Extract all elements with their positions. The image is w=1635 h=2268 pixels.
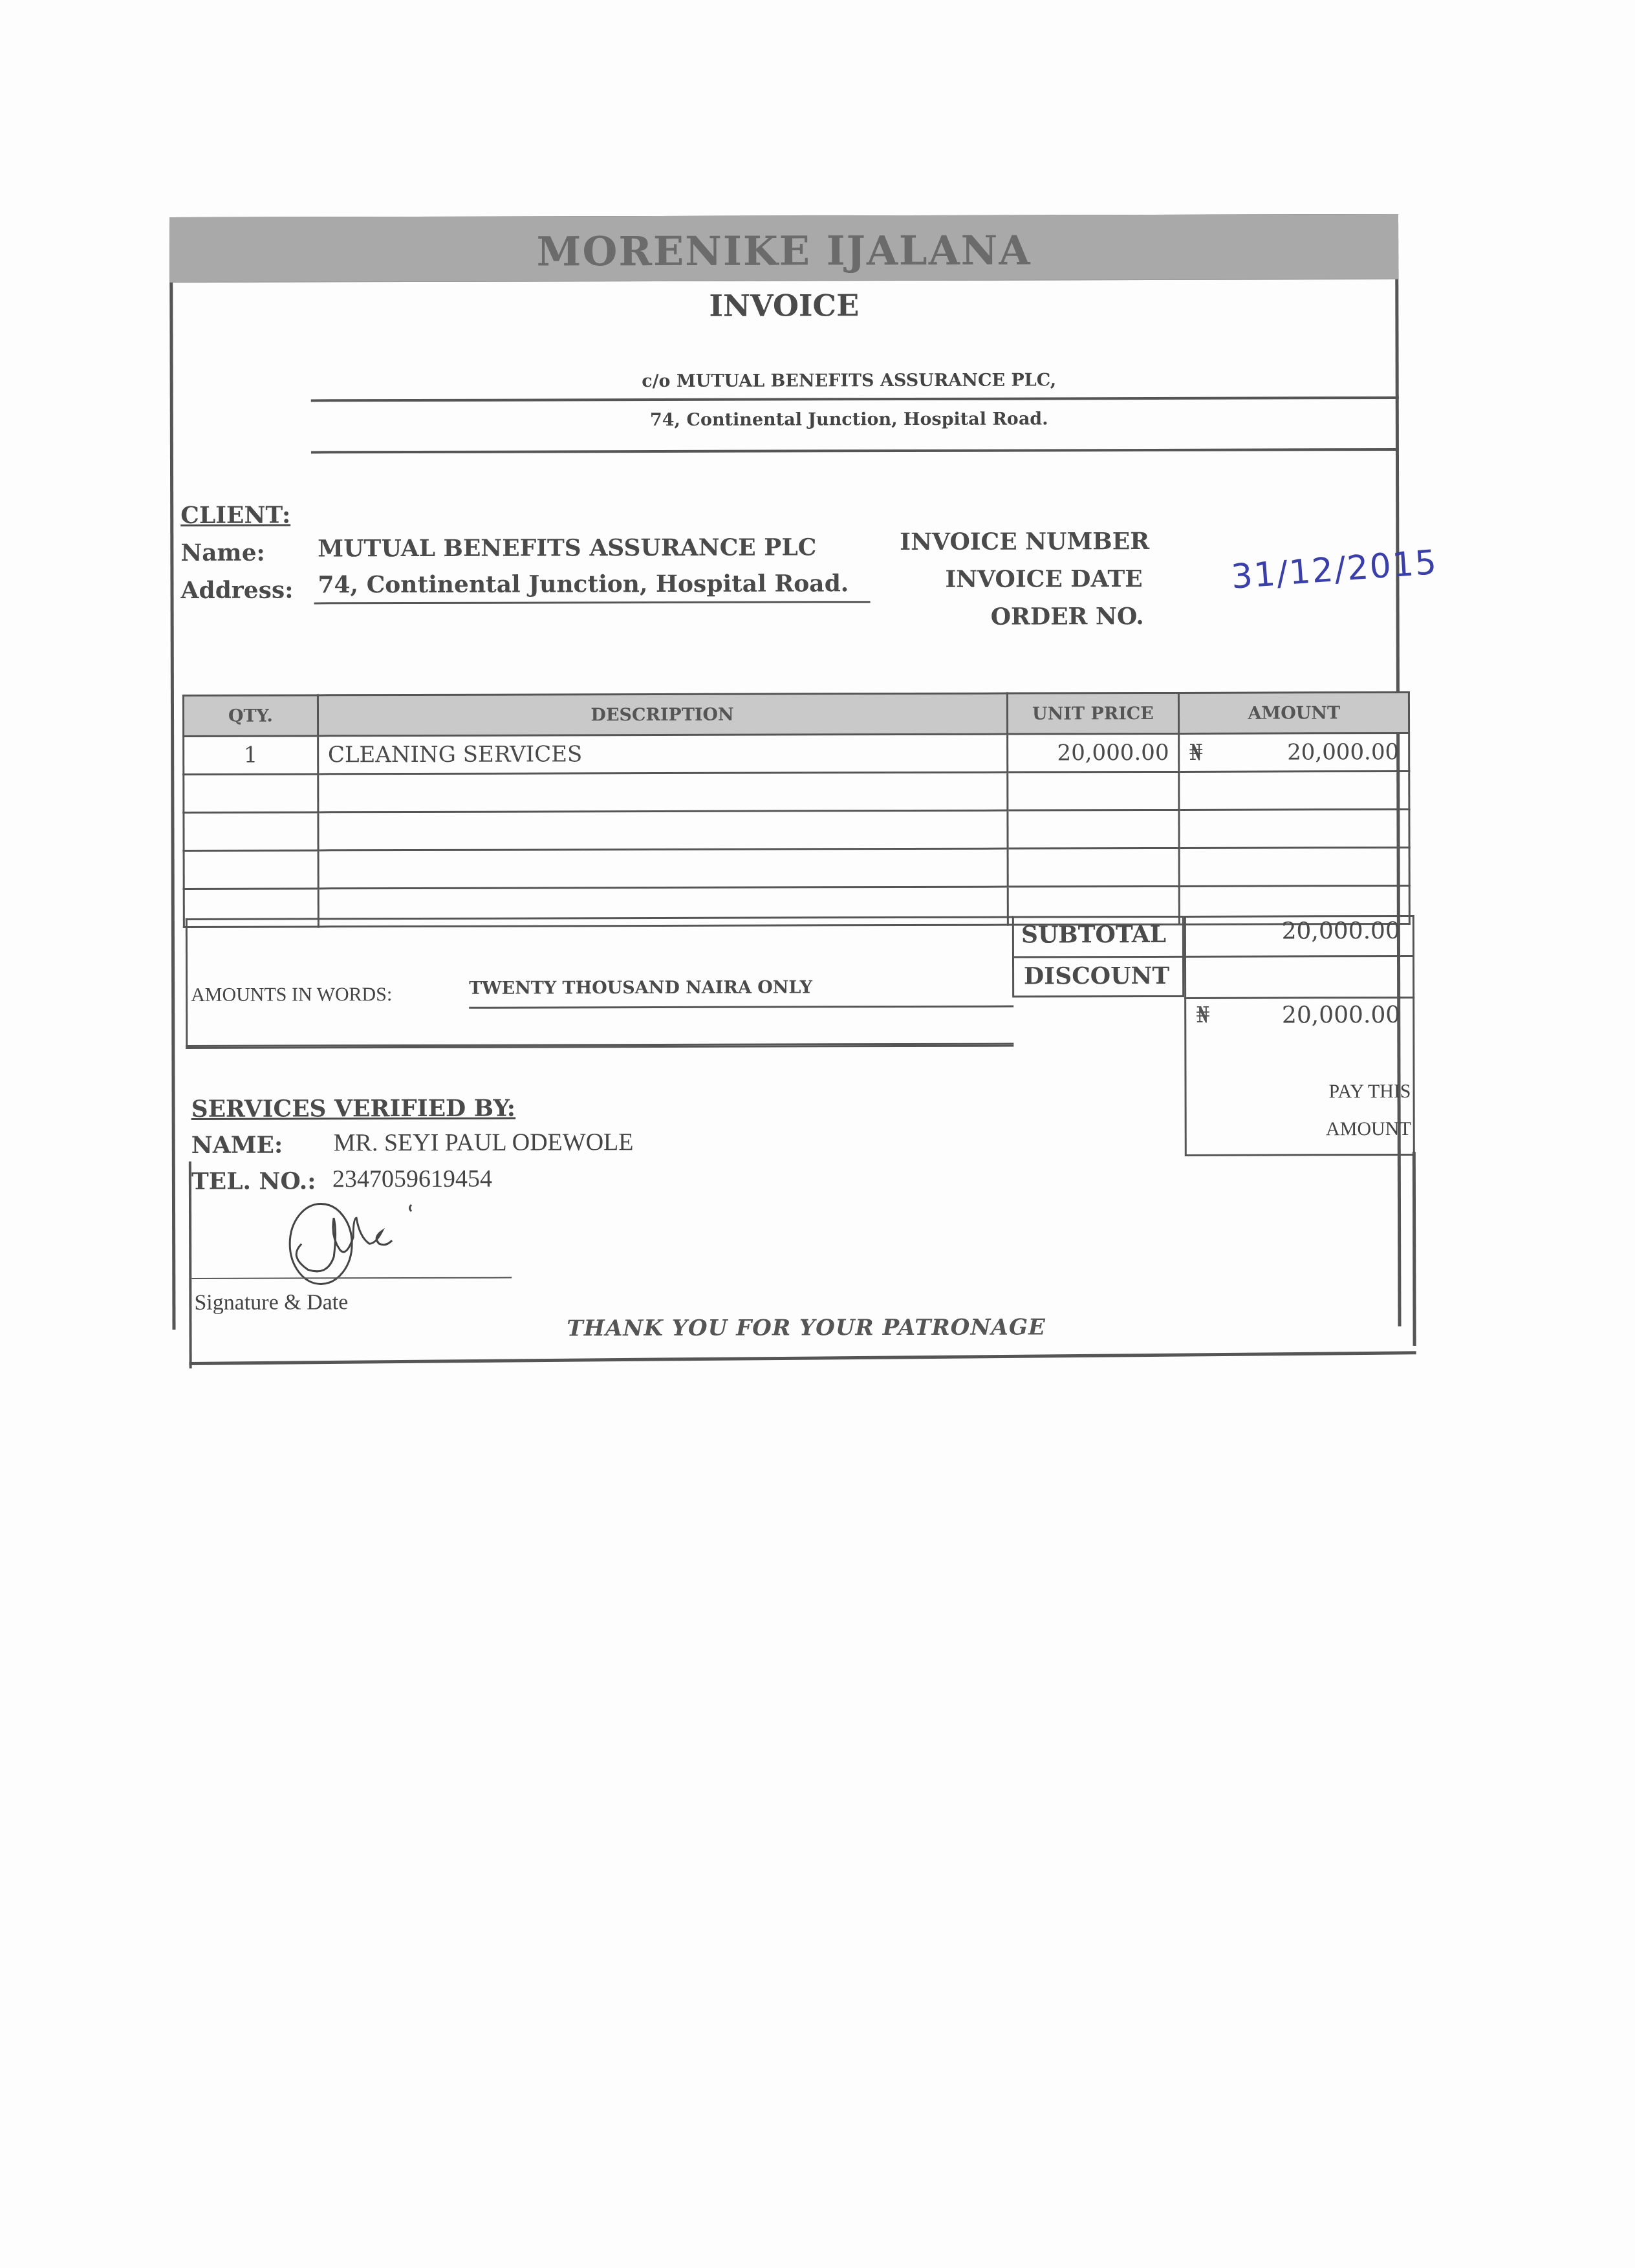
table-row: 1CLEANING SERVICES20,000.00₦20,000.00 <box>184 733 1409 774</box>
amount-cell <box>1179 809 1409 848</box>
table-row <box>184 771 1409 812</box>
amount-in-words-label: AMOUNTS IN WORDS: <box>191 984 392 1006</box>
amount-cell-text: 20,000.00 <box>1287 739 1399 765</box>
invoice-form: MORENIKE IJALANA INVOICE c/o MUTUAL BENE… <box>169 214 1402 1372</box>
unit-price-cell: 20,000.00 <box>1007 733 1179 772</box>
subtotal-label: SUBTOTAL <box>1021 921 1166 949</box>
left-border <box>189 1161 192 1368</box>
items-table: QTY. DESCRIPTION UNIT PRICE AMOUNT 1CLEA… <box>182 691 1411 928</box>
invoice-date-label: INVOICE DATE <box>945 565 1142 593</box>
amount-cell <box>1179 847 1409 886</box>
description-cell-text: CLEANING SERVICES <box>328 741 583 768</box>
unit-price-cell <box>1007 810 1179 848</box>
amount-cell <box>1179 771 1409 810</box>
client-name-value: MUTUAL BENEFITS ASSURANCE PLC <box>318 534 816 562</box>
client-address-value: 74, Continental Junction, Hospital Road. <box>318 570 849 598</box>
client-section-label: CLIENT: <box>180 502 290 529</box>
client-address-label: Address: <box>180 577 293 604</box>
description-cell <box>318 848 1008 889</box>
verifier-name-value: MR. SEYI PAUL ODEWOLE <box>334 1128 634 1157</box>
description-cell <box>318 810 1008 850</box>
qty-cell <box>184 850 318 889</box>
discount-label: DISCOUNT <box>1024 962 1169 990</box>
table-header-row: QTY. DESCRIPTION UNIT PRICE AMOUNT <box>183 692 1409 736</box>
unit-price-cell <box>1008 848 1180 887</box>
qty-cell: 1 <box>184 736 318 775</box>
column-header-qty: QTY. <box>183 695 318 737</box>
description-cell: CLEANING SERVICES <box>318 734 1007 774</box>
verifier-name-label: NAME: <box>191 1132 283 1159</box>
column-header-unit-price: UNIT PRICE <box>1007 693 1179 734</box>
qty-cell-text: 1 <box>244 742 258 768</box>
signature-icon <box>276 1192 482 1290</box>
invoice-number-label: INVOICE NUMBER <box>900 528 1149 556</box>
bottom-border <box>189 1351 1416 1365</box>
amount-in-words-value: TWENTY THOUSAND NAIRA ONLY <box>469 977 812 998</box>
table-row <box>184 847 1409 889</box>
unit-price-cell-text: 20,000.00 <box>1057 740 1169 766</box>
pay-amount-label: AMOUNT <box>1304 1118 1411 1140</box>
right-border <box>1413 1152 1416 1346</box>
column-header-description: DESCRIPTION <box>318 693 1007 736</box>
thank-you-message: THANK YOU FOR YOUR PATRONAGE <box>567 1314 1045 1341</box>
tel-value: 2347059619454 <box>332 1165 492 1194</box>
column-header-amount: AMOUNT <box>1179 692 1409 733</box>
order-no-label: ORDER NO. <box>991 603 1144 631</box>
unit-price-cell <box>1007 772 1179 810</box>
tel-label: TEL. NO.: <box>191 1167 316 1195</box>
document-title: INVOICE <box>169 286 1398 325</box>
care-of-line: c/o MUTUAL BENEFITS ASSURANCE PLC, <box>299 369 1399 392</box>
services-verified-label: SERVICES VERIFIED BY: <box>191 1095 516 1123</box>
signature-caption: Signature & Date <box>194 1290 348 1315</box>
total-value: 20,000.00 <box>1187 1002 1400 1029</box>
pay-this-label: PAY THIS <box>1304 1081 1411 1103</box>
client-name-label: Name: <box>180 539 265 567</box>
amount-cell: ₦20,000.00 <box>1179 733 1409 772</box>
description-cell <box>318 772 1007 812</box>
table-row <box>184 809 1409 850</box>
qty-cell <box>184 812 318 851</box>
company-name: MORENIKE IJALANA <box>169 226 1398 276</box>
qty-cell <box>184 774 318 813</box>
header-address-line: 74, Continental Junction, Hospital Road. <box>299 408 1399 431</box>
naira-symbol: ₦ <box>1189 740 1203 766</box>
